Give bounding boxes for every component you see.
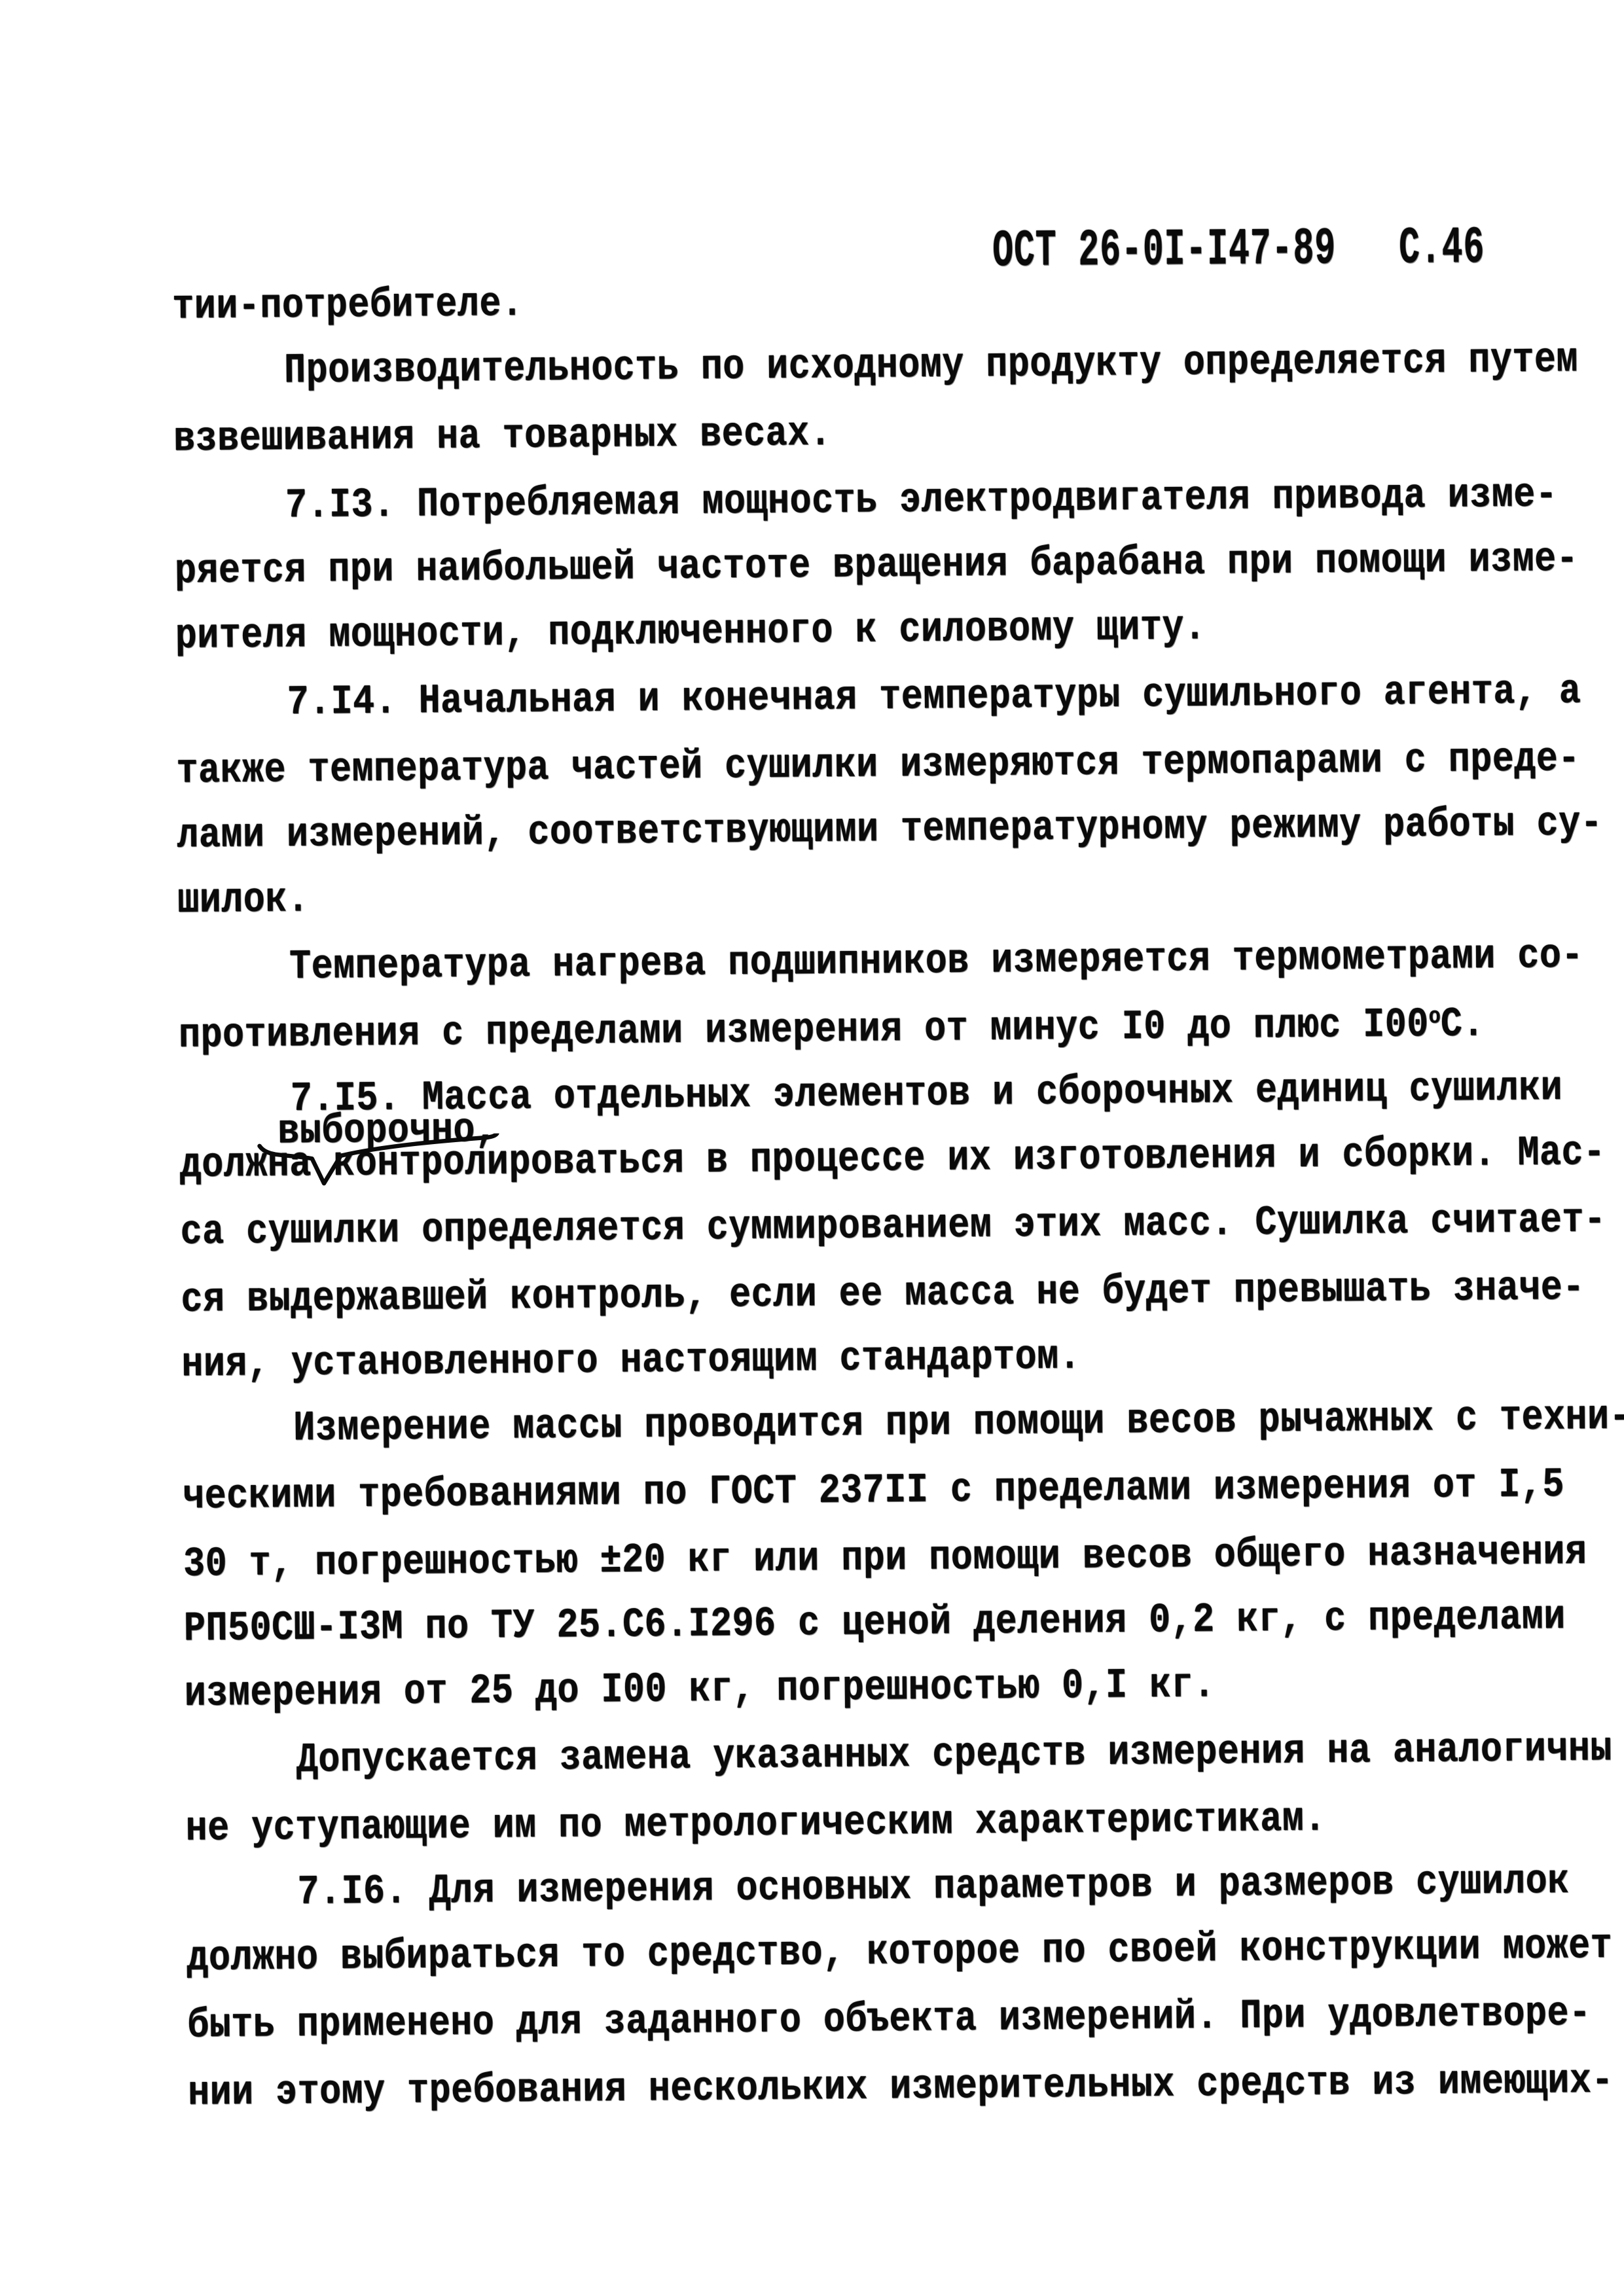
- superscript-degree: о: [1428, 1005, 1440, 1030]
- body-text: тии-потребителе.Производительность по ис…: [172, 273, 1602, 2136]
- text-segment: С.: [1441, 1000, 1485, 1048]
- page-number: С.46: [1399, 219, 1485, 278]
- text-segment: противления с пределами измерения от мин…: [179, 1001, 1429, 1059]
- document-page: ОСТ 26-0I-I47-89С.46 тии-потребителе.Про…: [0, 0, 1624, 2296]
- document-number: ОСТ 26-0I-I47-89: [992, 219, 1337, 281]
- insertion-caret-underline: [253, 1134, 502, 1194]
- text-line: нии этому требования нескольких измерите…: [188, 2059, 1602, 2147]
